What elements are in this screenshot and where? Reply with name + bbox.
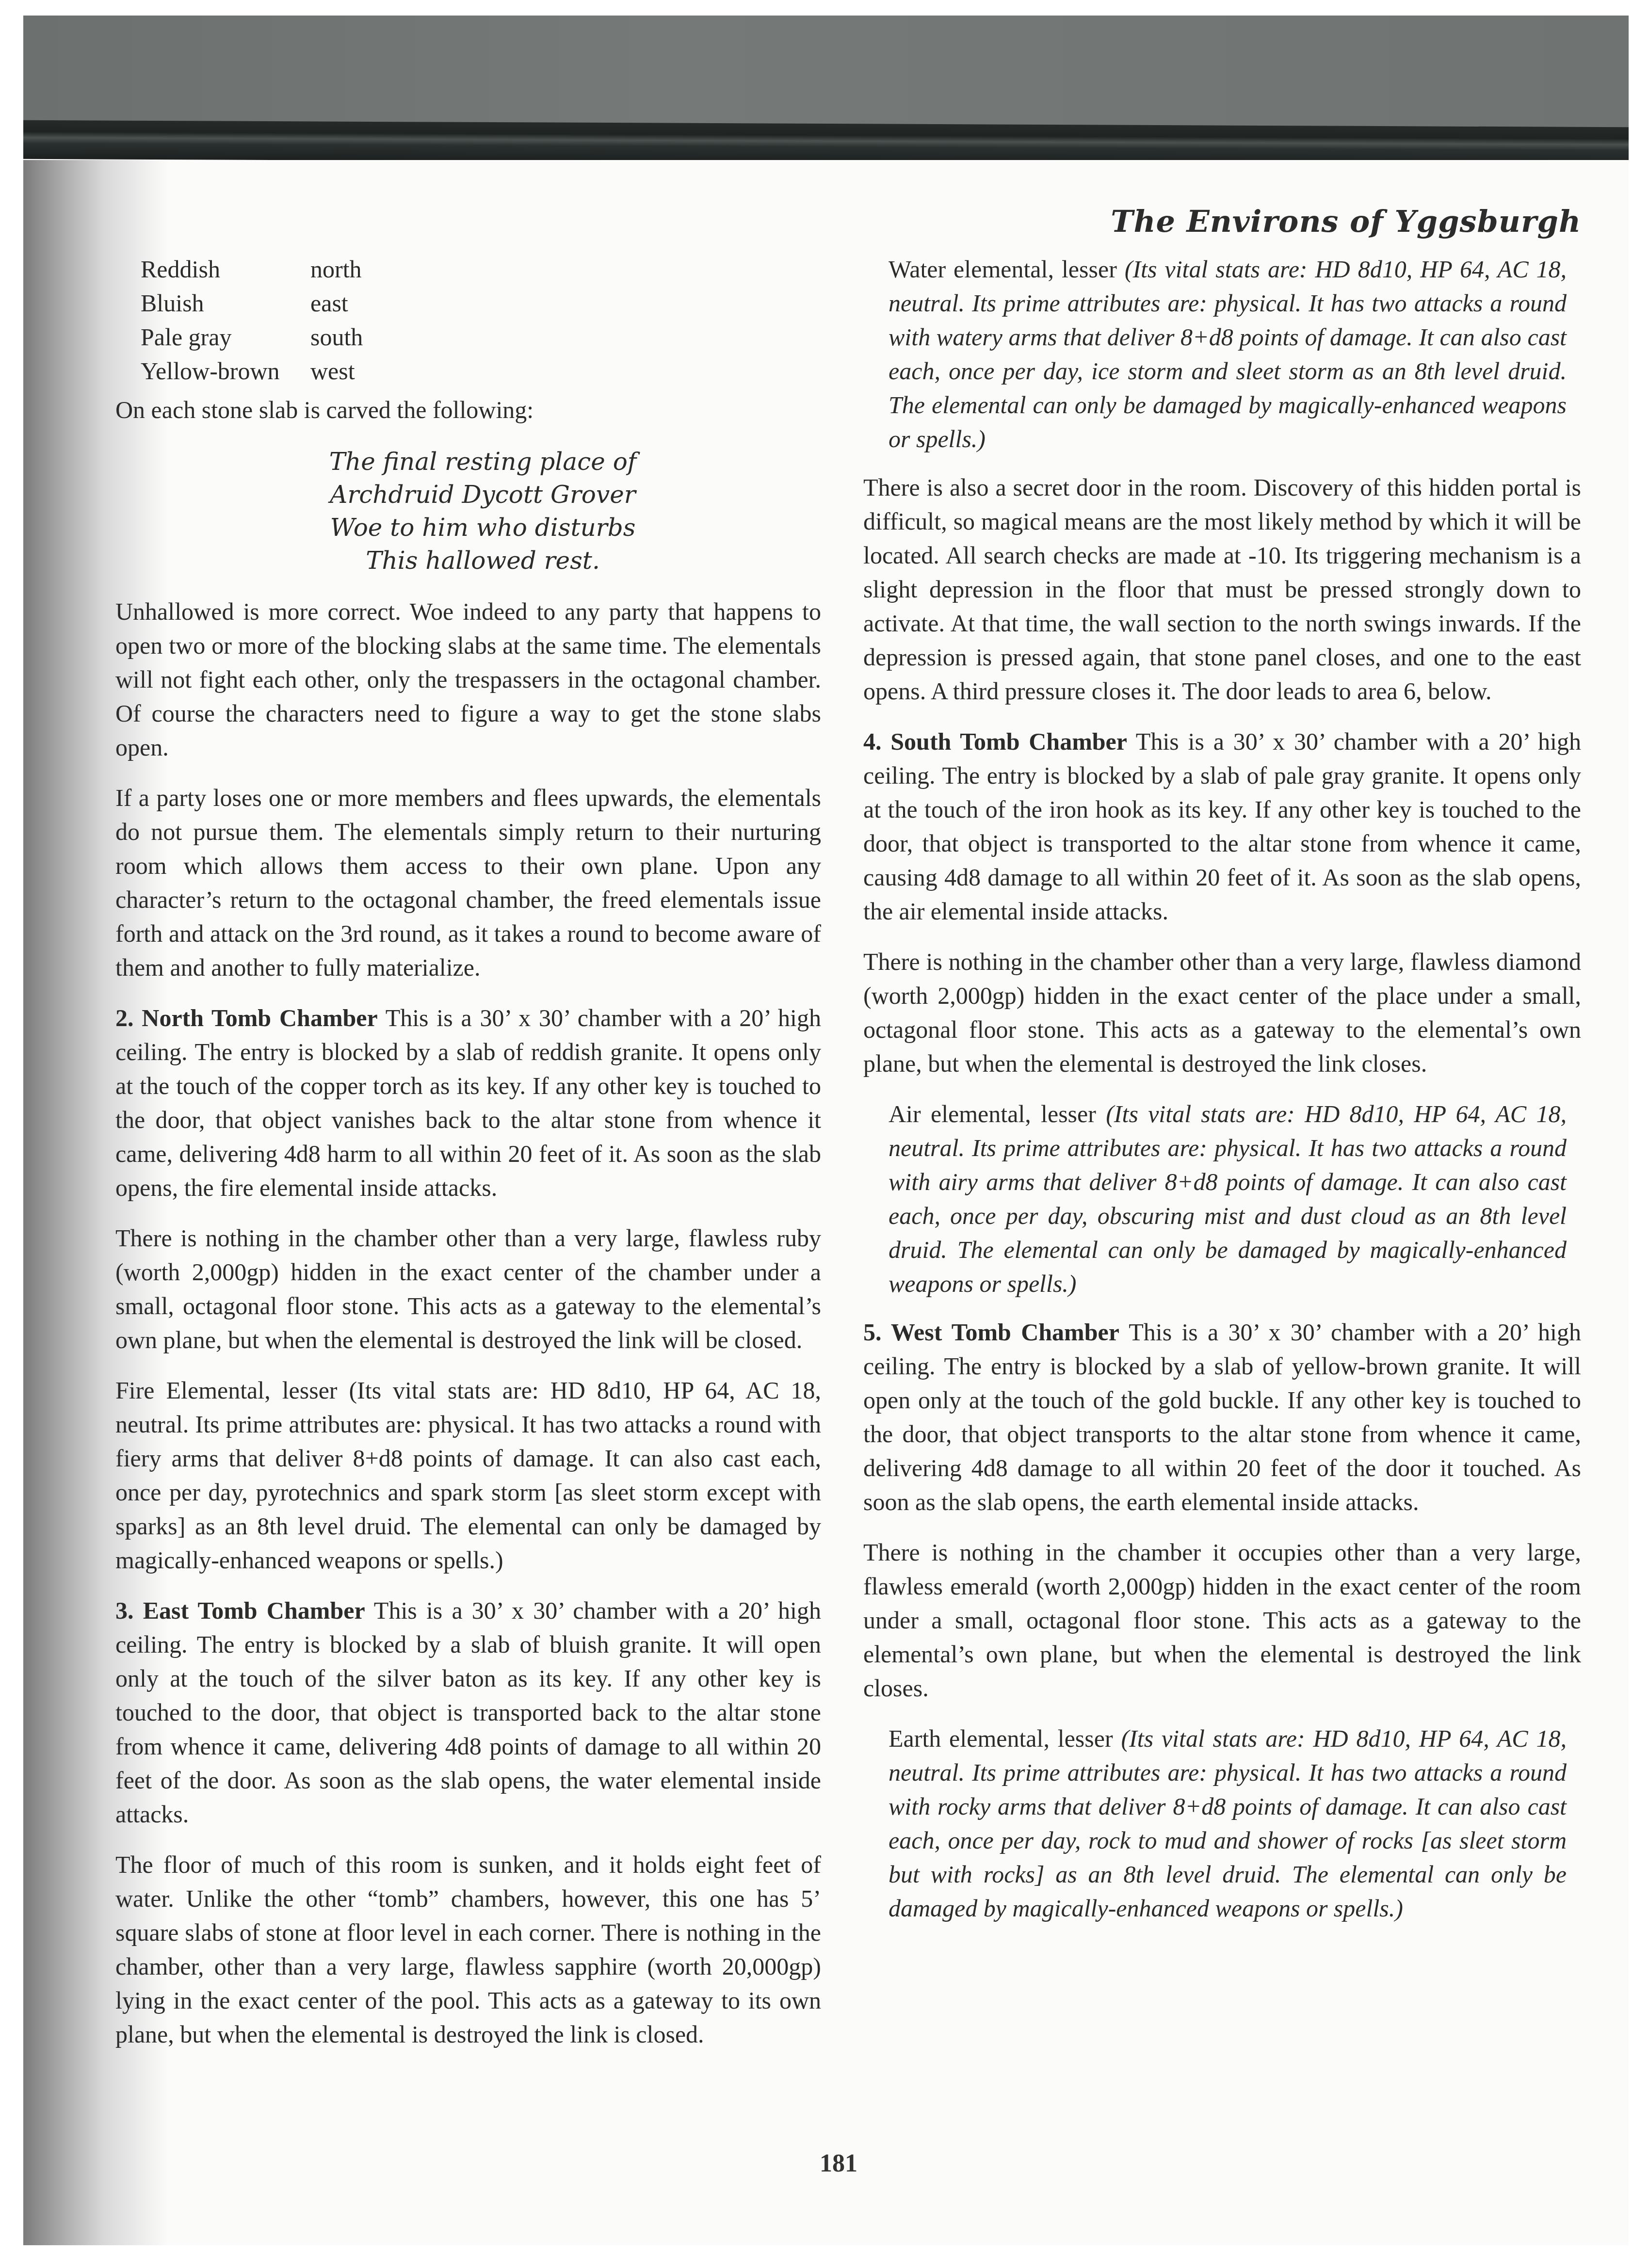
carved-intro: On each stone slab is carved the followi…	[115, 393, 821, 427]
stat-text: (Its vital stats are: HD 8d10, HP 64, AC…	[889, 256, 1567, 452]
inscription-line: The final resting place of	[145, 445, 821, 478]
slab-color: Bluish	[141, 286, 310, 320]
slab-color: Pale gray	[141, 320, 310, 354]
section-heading: 4. South Tomb Chamber	[863, 728, 1127, 755]
stat-text: (Its vital stats are: HD 8d10, HP 64, AC…	[889, 1100, 1567, 1297]
slab-color: Yellow-brown	[141, 354, 310, 388]
left-column: Reddish north Bluish east Pale gray sout…	[115, 252, 821, 2068]
paragraph-secret-door: There is also a secret door in the room.…	[863, 470, 1581, 708]
section-east-tomb: 3. East Tomb Chamber This is a 30’ x 30’…	[115, 1593, 821, 1831]
running-head: The Environs of Yggsburgh	[1111, 204, 1581, 239]
stat-name: Air elemental, lesser	[889, 1100, 1096, 1127]
section-body: This is a 30’ x 30’ chamber with a 20’ h…	[115, 1004, 821, 1201]
slab-color-table: Reddish north Bluish east Pale gray sout…	[141, 252, 821, 388]
section-body: This is a 30’ x 30’ chamber with a 20’ h…	[863, 1319, 1581, 1515]
section-south-tomb: 4. South Tomb Chamber This is a 30’ x 30…	[863, 724, 1581, 928]
paragraph-east-pool: The floor of much of this room is sunken…	[115, 1848, 821, 2051]
inscription-line: Archdruid Dycott Grover	[145, 478, 821, 511]
fire-elemental-stats: Fire Elemental, lesser (Its vital stats …	[115, 1373, 821, 1577]
stat-text: (Its vital stats are: HD 8d10, HP 64, AC…	[889, 1725, 1567, 1922]
water-elemental-stats: Water elemental, lesser (Its vital stats…	[863, 252, 1581, 456]
paragraph-north-treasure: There is nothing in the chamber other th…	[115, 1221, 821, 1357]
paragraph-flees: If a party loses one or more members and…	[115, 781, 821, 984]
stat-name: Earth elemental, lesser	[889, 1725, 1113, 1752]
inscription-line: This hallowed rest.	[145, 544, 821, 577]
tomb-inscription: The final resting place of Archdruid Dyc…	[115, 445, 821, 577]
inscription-line: Woe to him who disturbs	[145, 511, 821, 544]
slab-direction: south	[310, 320, 456, 354]
slab-color: Reddish	[141, 252, 310, 286]
section-heading: 2. North Tomb Chamber	[115, 1004, 378, 1031]
section-heading: 5. West Tomb Chamber	[863, 1319, 1119, 1346]
slab-direction: east	[310, 286, 456, 320]
paragraph-south-treasure: There is nothing in the chamber other th…	[863, 945, 1581, 1080]
scanner-background	[23, 16, 1629, 137]
right-column: Water elemental, lesser (Its vital stats…	[863, 252, 1581, 1940]
book-edge-shadow	[23, 120, 1629, 166]
stat-name: Water elemental, lesser	[889, 256, 1117, 283]
slab-direction: north	[310, 252, 456, 286]
paragraph-unhallowed: Unhallowed is more correct. Woe indeed t…	[115, 595, 821, 764]
air-elemental-stats: Air elemental, lesser (Its vital stats a…	[863, 1097, 1581, 1301]
slab-direction: west	[310, 354, 456, 388]
page-number: 181	[820, 2149, 857, 2178]
section-west-tomb: 5. West Tomb Chamber This is a 30’ x 30’…	[863, 1315, 1581, 1519]
section-heading: 3. East Tomb Chamber	[115, 1597, 365, 1624]
earth-elemental-stats: Earth elemental, lesser (Its vital stats…	[863, 1721, 1581, 1925]
section-body: This is a 30’ x 30’ chamber with a 20’ h…	[115, 1597, 821, 1828]
paragraph-west-treasure: There is nothing in the chamber it occup…	[863, 1535, 1581, 1705]
section-north-tomb: 2. North Tomb Chamber This is a 30’ x 30…	[115, 1001, 821, 1205]
section-body: This is a 30’ x 30’ chamber with a 20’ h…	[863, 728, 1581, 925]
